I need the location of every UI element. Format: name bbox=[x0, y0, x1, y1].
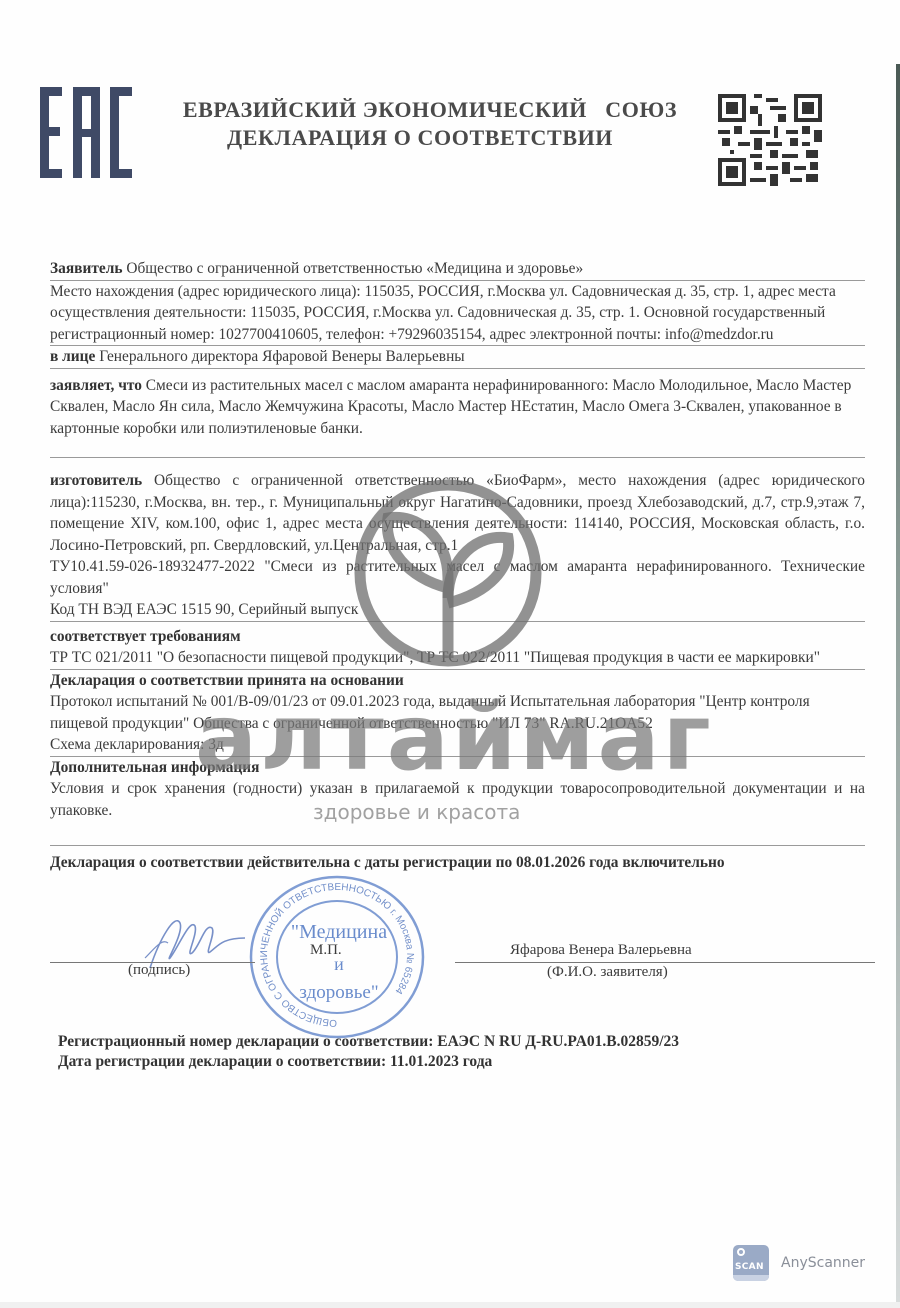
manufacturer-row: изготовитель Общество с ограниченной отв… bbox=[50, 470, 865, 556]
registration-number: Регистрационный номер декларации о соотв… bbox=[58, 1032, 679, 1052]
technical-spec: ТУ10.41.59-026-18932477-2022 "Смеси из р… bbox=[50, 556, 865, 599]
eac-logo-icon bbox=[38, 85, 134, 180]
requirements-text: ТР ТС 021/2011 "О безопасности пищевой п… bbox=[50, 647, 865, 670]
additional-info-label: Дополнительная информация bbox=[50, 757, 865, 779]
signature-caption: (подпись) bbox=[128, 962, 190, 979]
additional-info-text: Условия и срок хранения (годности) указа… bbox=[50, 778, 865, 846]
applicant-full-name: Яфарова Венера Валерьевна bbox=[510, 942, 692, 959]
hs-code: Код ТН ВЭД ЕАЭС 1515 90, Серийный выпуск bbox=[50, 599, 865, 622]
registration-info: Регистрационный номер декларации о соотв… bbox=[58, 1032, 679, 1072]
represented-person: Генерального директора Яфаровой Венеры В… bbox=[95, 348, 464, 365]
basis-label: Декларация о соответствии принята на осн… bbox=[50, 670, 865, 692]
anyscanner-badge: SCAN AnyScanner bbox=[733, 1245, 865, 1281]
name-caption: (Ф.И.О. заявителя) bbox=[547, 964, 668, 981]
applicant-row: Заявитель Общество с ограниченной ответс… bbox=[50, 258, 865, 281]
manufacturer-text: Общество с ограниченной ответственностью… bbox=[50, 472, 865, 554]
product-description: Смеси из растительных масел с маслом ама… bbox=[50, 377, 851, 437]
page-edge-shadow bbox=[896, 64, 900, 1304]
union-title: ЕВРАЗИЙСКИЙ ЭКОНОМИЧЕСКИЙ СОЮЗ bbox=[150, 96, 710, 124]
declares-label: заявляет, что bbox=[50, 377, 142, 394]
test-protocol: Протокол испытаний № 001/В-09/01/23 от 0… bbox=[50, 691, 865, 734]
declares-row: заявляет, что Смеси из растительных масе… bbox=[50, 375, 865, 459]
requirements-label: соответствует требованиям bbox=[50, 626, 865, 648]
declaration-scheme: Схема декларирования: 3д bbox=[50, 734, 865, 757]
validity-text: Декларация о соответствии действительна … bbox=[50, 852, 865, 874]
manufacturer-label: изготовитель bbox=[50, 472, 142, 489]
applicant-address: Место нахождения (адрес юридического лиц… bbox=[50, 281, 865, 347]
registration-date: Дата регистрации декларации о соответств… bbox=[58, 1052, 679, 1072]
signature-area: М.П. (подпись) Яфарова Венера Валерьевна… bbox=[50, 930, 870, 990]
applicant-name: Общество с ограниченной ответственностью… bbox=[123, 260, 584, 277]
qr-code-icon bbox=[718, 94, 822, 186]
represented-row: в лице Генерального директора Яфаровой В… bbox=[50, 346, 865, 369]
scanner-app-name: AnyScanner bbox=[781, 1255, 865, 1271]
declaration-body: Заявитель Общество с ограниченной ответс… bbox=[50, 258, 865, 874]
seal-place-label: М.П. bbox=[310, 942, 342, 959]
declaration-title: ДЕКЛАРАЦИЯ О СООТВЕТСТВИИ bbox=[130, 124, 710, 152]
document-header: ЕВРАЗИЙСКИЙ ЭКОНОМИЧЕСКИЙ СОЮЗ ДЕКЛАРАЦИ… bbox=[150, 96, 710, 152]
name-line bbox=[455, 962, 875, 963]
scan-app-icon: SCAN bbox=[733, 1245, 769, 1281]
bottom-strip bbox=[0, 1302, 900, 1308]
represented-label: в лице bbox=[50, 348, 95, 365]
applicant-label: Заявитель bbox=[50, 260, 123, 277]
